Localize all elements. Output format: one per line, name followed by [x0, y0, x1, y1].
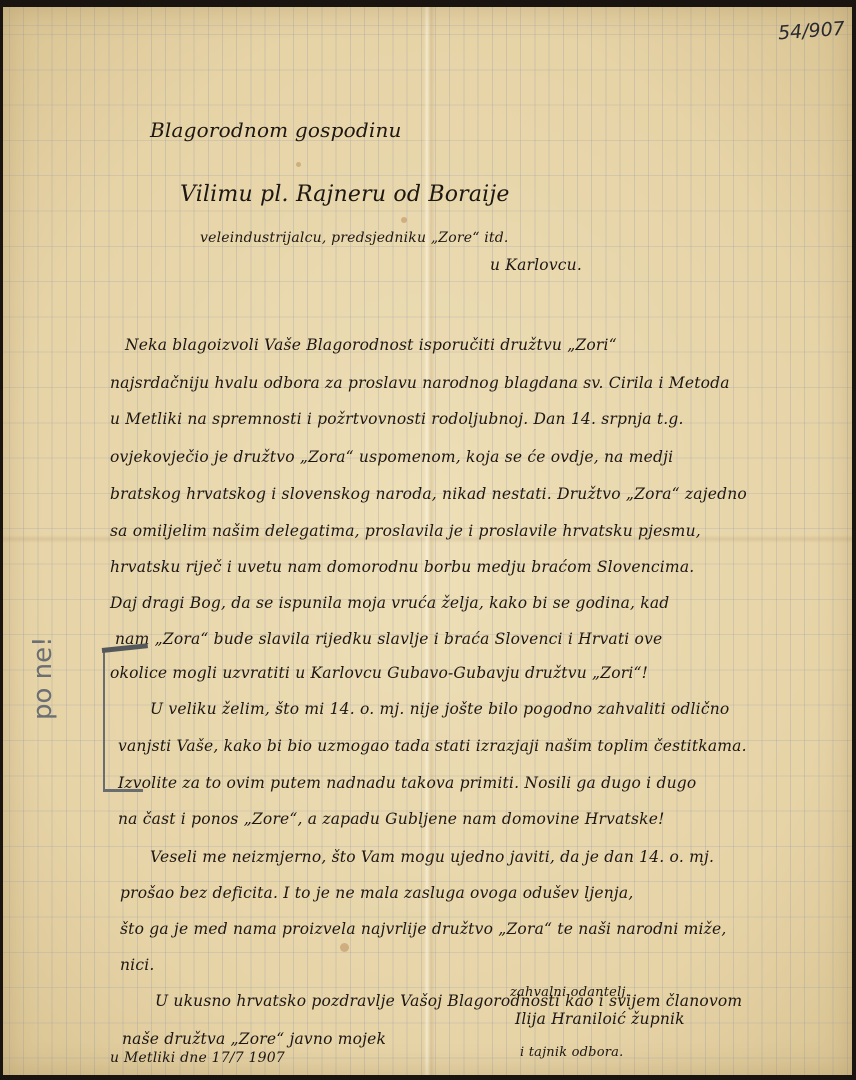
signature: Ilija Hraniloić župnik	[515, 1010, 685, 1028]
body-line: nici.	[120, 956, 155, 974]
body-line: što ga je med nama proizvela najvrlije d…	[120, 920, 727, 938]
body-line: najsrdačniju hvalu odbora za proslavu na…	[110, 374, 730, 392]
body-line: U ukusno hrvatsko pozdravlje Vašoj Blago…	[155, 992, 742, 1010]
body-line: bratskog hrvatskog i slovenskog naroda, …	[110, 485, 747, 503]
addressee-name: Vilimu pl. Rajneru od Boraije	[180, 182, 510, 207]
archive-number: 54/907	[777, 18, 845, 45]
letter-page	[3, 7, 852, 1075]
body-line: Neka blagoizvoli Vaše Blagorodnost ispor…	[125, 336, 617, 354]
body-line: okolice mogli uzvratiti u Karlovcu Gubav…	[110, 664, 648, 682]
addressee-place: u Karlovcu.	[490, 256, 582, 274]
body-line: sa omiljelim našim delegatima, proslavil…	[110, 522, 701, 540]
body-line: na čast i ponos „Zore“, a zapadu Gubljen…	[118, 810, 665, 828]
body-line: u Metliki na spremnosti i požrtvovnosti …	[110, 410, 684, 428]
pencil-bracket	[103, 650, 147, 790]
body-line: Izvolite za to ovim putem nadnadu takova…	[118, 774, 696, 792]
paper-stain	[401, 217, 407, 223]
body-line: naše družtva „Zore“ javno mojek	[122, 1030, 386, 1048]
body-line: vanjsti Vaše, kako bi bio uzmogao tada s…	[118, 737, 747, 755]
paper-stain	[340, 943, 349, 952]
body-line: hrvatsku riječ i uvetu nam domorodnu bor…	[110, 558, 694, 576]
body-line: prošao bez deficita. I to je ne mala zas…	[120, 884, 634, 902]
body-line: ovjekovječio je družtvo „Zora“ uspomenom…	[110, 448, 673, 466]
salutation: Blagorodnom gospodinu	[150, 118, 402, 142]
margin-note: po ne!	[28, 636, 58, 720]
signature-role: i tajnik odbora.	[520, 1045, 623, 1060]
body-line: Daj dragi Bog, da se ispunila moja vruća…	[110, 594, 669, 612]
closing: zahvalni odantelj.	[510, 985, 630, 1000]
place-date: u Metliki dne 17/7 1907	[110, 1050, 285, 1066]
body-line: U veliku želim, što mi 14. o. mj. nije j…	[150, 700, 729, 718]
paper-stain	[296, 162, 301, 167]
body-line: nam „Zora“ bude slavila rijedku slavlje …	[115, 630, 662, 648]
body-line: Veseli me neizmjerno, što Vam mogu ujedn…	[150, 848, 714, 866]
addressee-title: veleindustrijalcu, predsjedniku „Zore“ i…	[200, 230, 509, 246]
